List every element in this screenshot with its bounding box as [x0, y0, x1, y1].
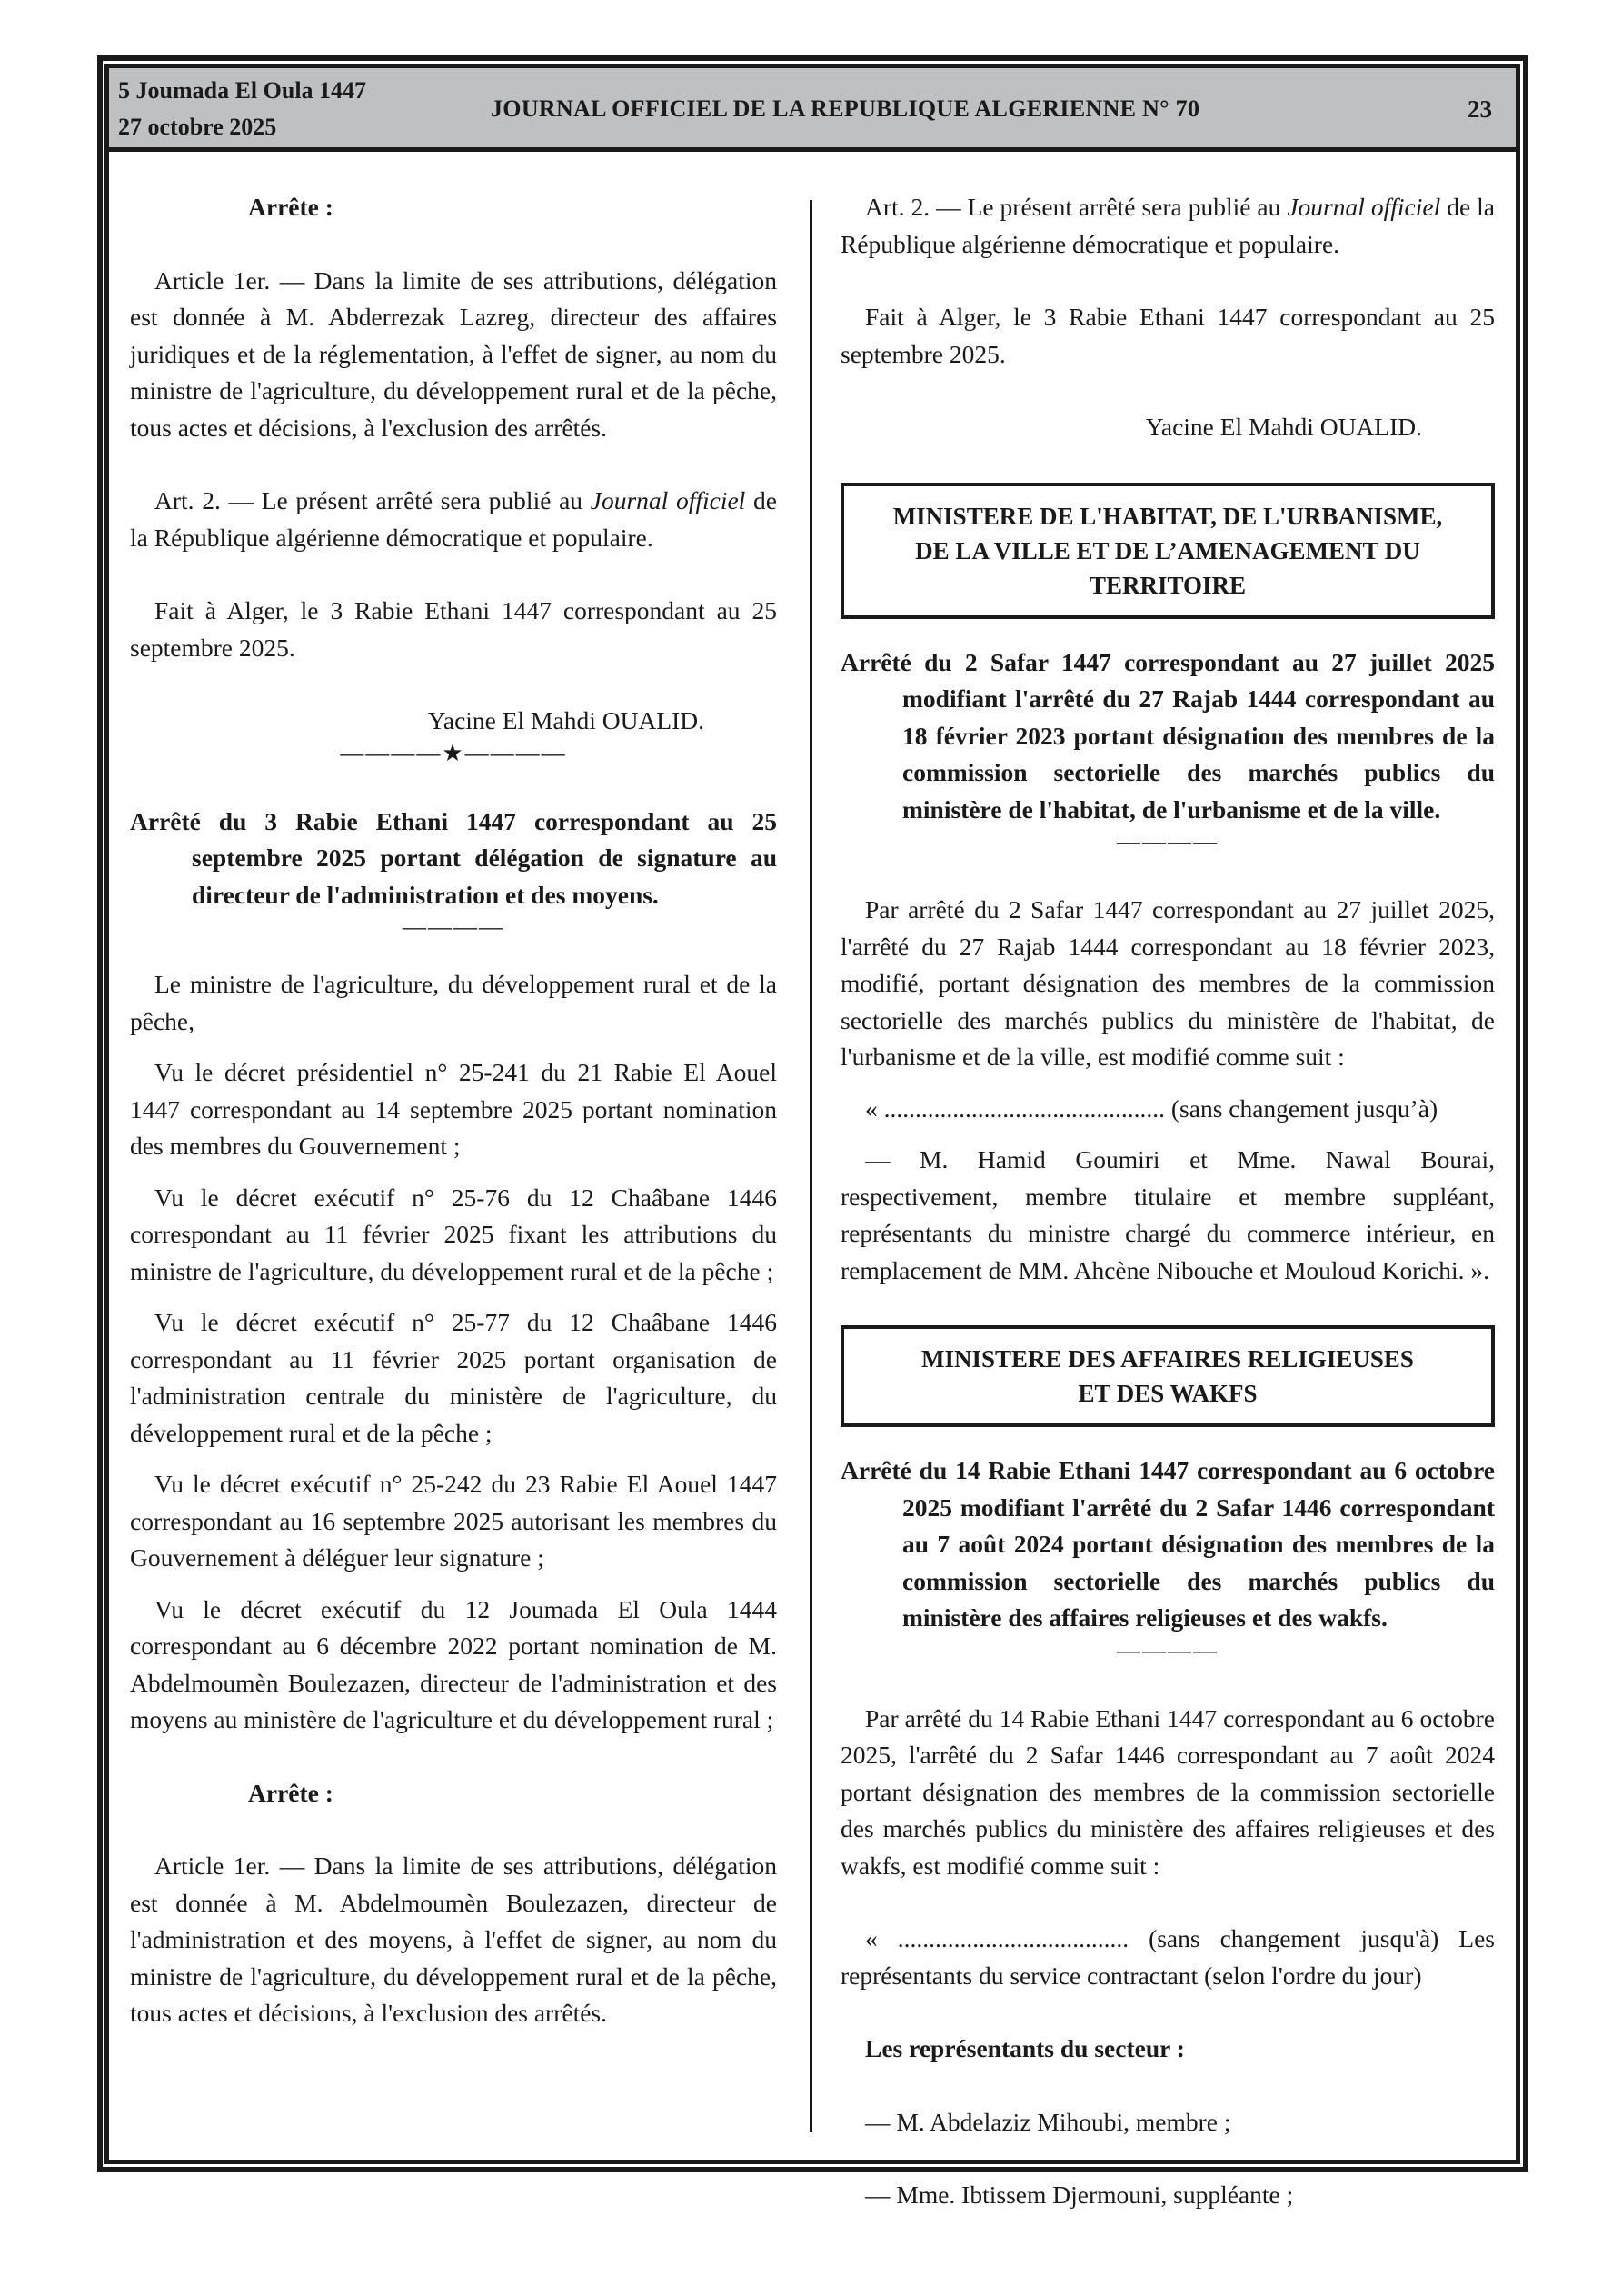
- article-2-publication: Art. 2. — Le présent arrêté sera publié …: [841, 189, 1495, 263]
- journal-officiel-italic: Journal officiel: [1287, 193, 1440, 221]
- header-gregorian-date: 27 octobre 2025: [118, 109, 366, 145]
- religious-decree-title: Arrêté du 14 Rabie Ethani 1447 correspon…: [841, 1452, 1495, 1637]
- signature: Yacine El Mahdi OUALID.: [841, 409, 1495, 446]
- journal-officiel-italic: Journal officiel: [591, 486, 746, 514]
- preamble: Le ministre de l'agriculture, du dévelop…: [130, 966, 777, 1040]
- right-column: Art. 2. — Le présent arrêté sera publié …: [841, 189, 1495, 2214]
- short-separator: ————: [130, 913, 777, 941]
- column-divider: [810, 200, 812, 2132]
- habitat-body: Par arrêté du 2 Safar 1447 correspondant…: [841, 892, 1495, 1076]
- page-number: 23: [1468, 91, 1492, 127]
- vu-paragraph: Vu le décret exécutif n° 25-242 du 23 Ra…: [130, 1466, 777, 1577]
- fait-a-alger: Fait à Alger, le 3 Rabie Ethani 1447 cor…: [841, 299, 1495, 373]
- vu-paragraph: Vu le décret exécutif n° 25-77 du 12 Cha…: [130, 1304, 777, 1452]
- header-dates: 5 Joumada El Oula 1447 27 octobre 2025: [118, 73, 366, 145]
- journal-title: JOURNAL OFFICIEL DE LA REPUBLIQUE ALGERI…: [491, 91, 1199, 127]
- ministry-religious-box: MINISTERE DES AFFAIRES RELIGIEUSES ET DE…: [841, 1325, 1495, 1427]
- short-separator: ————: [841, 828, 1495, 855]
- vu-paragraph: Vu le décret exécutif n° 25-76 du 12 Cha…: [130, 1180, 777, 1291]
- vu-paragraph: Vu le décret présidentiel n° 25-241 du 2…: [130, 1054, 777, 1165]
- habitat-members: — M. Hamid Goumiri et Mme. Nawal Bourai,…: [841, 1142, 1495, 1289]
- habitat-decree-title: Arrêté du 2 Safar 1447 correspondant au …: [841, 644, 1495, 829]
- header-hijri-date: 5 Joumada El Oula 1447: [118, 73, 366, 109]
- sector-representative: — Mme. Ibtissem Djermouni, suppléante ;: [841, 2177, 1495, 2214]
- star-separator: ————★————: [130, 740, 777, 767]
- religious-unchanged: « ..................................... …: [841, 1921, 1495, 1994]
- habitat-unchanged: « ......................................…: [841, 1091, 1495, 1128]
- religious-body: Par arrêté du 14 Rabie Ethani 1447 corre…: [841, 1701, 1495, 1885]
- sector-representative: — M. Abdelaziz Mihoubi, membre ;: [841, 2104, 1495, 2141]
- short-separator: ————: [841, 1637, 1495, 1664]
- signature: Yacine El Mahdi OUALID.: [130, 703, 777, 740]
- sector-representatives-label: Les représentants du secteur :: [841, 2031, 1495, 2068]
- arrete-heading: Arrête :: [130, 189, 777, 226]
- arrete-heading: Arrête :: [130, 1775, 777, 1812]
- vu-paragraph: Vu le décret exécutif du 12 Joumada El O…: [130, 1592, 777, 1739]
- ministry-habitat-box: MINISTERE DE L'HABITAT, DE L'URBANISME, …: [841, 483, 1495, 619]
- article-1-lazreg: Article 1er. — Dans la limite de ses att…: [130, 263, 777, 447]
- article-2-publication: Art. 2. — Le présent arrêté sera publié …: [130, 483, 777, 556]
- decree-title: Arrêté du 3 Rabie Ethani 1447 correspond…: [130, 804, 777, 914]
- fait-a-alger: Fait à Alger, le 3 Rabie Ethani 1447 cor…: [130, 593, 777, 666]
- left-column: Arrête : Article 1er. — Dans la limite d…: [130, 189, 777, 2032]
- article-1-boulezazen: Article 1er. — Dans la limite de ses att…: [130, 1848, 777, 2032]
